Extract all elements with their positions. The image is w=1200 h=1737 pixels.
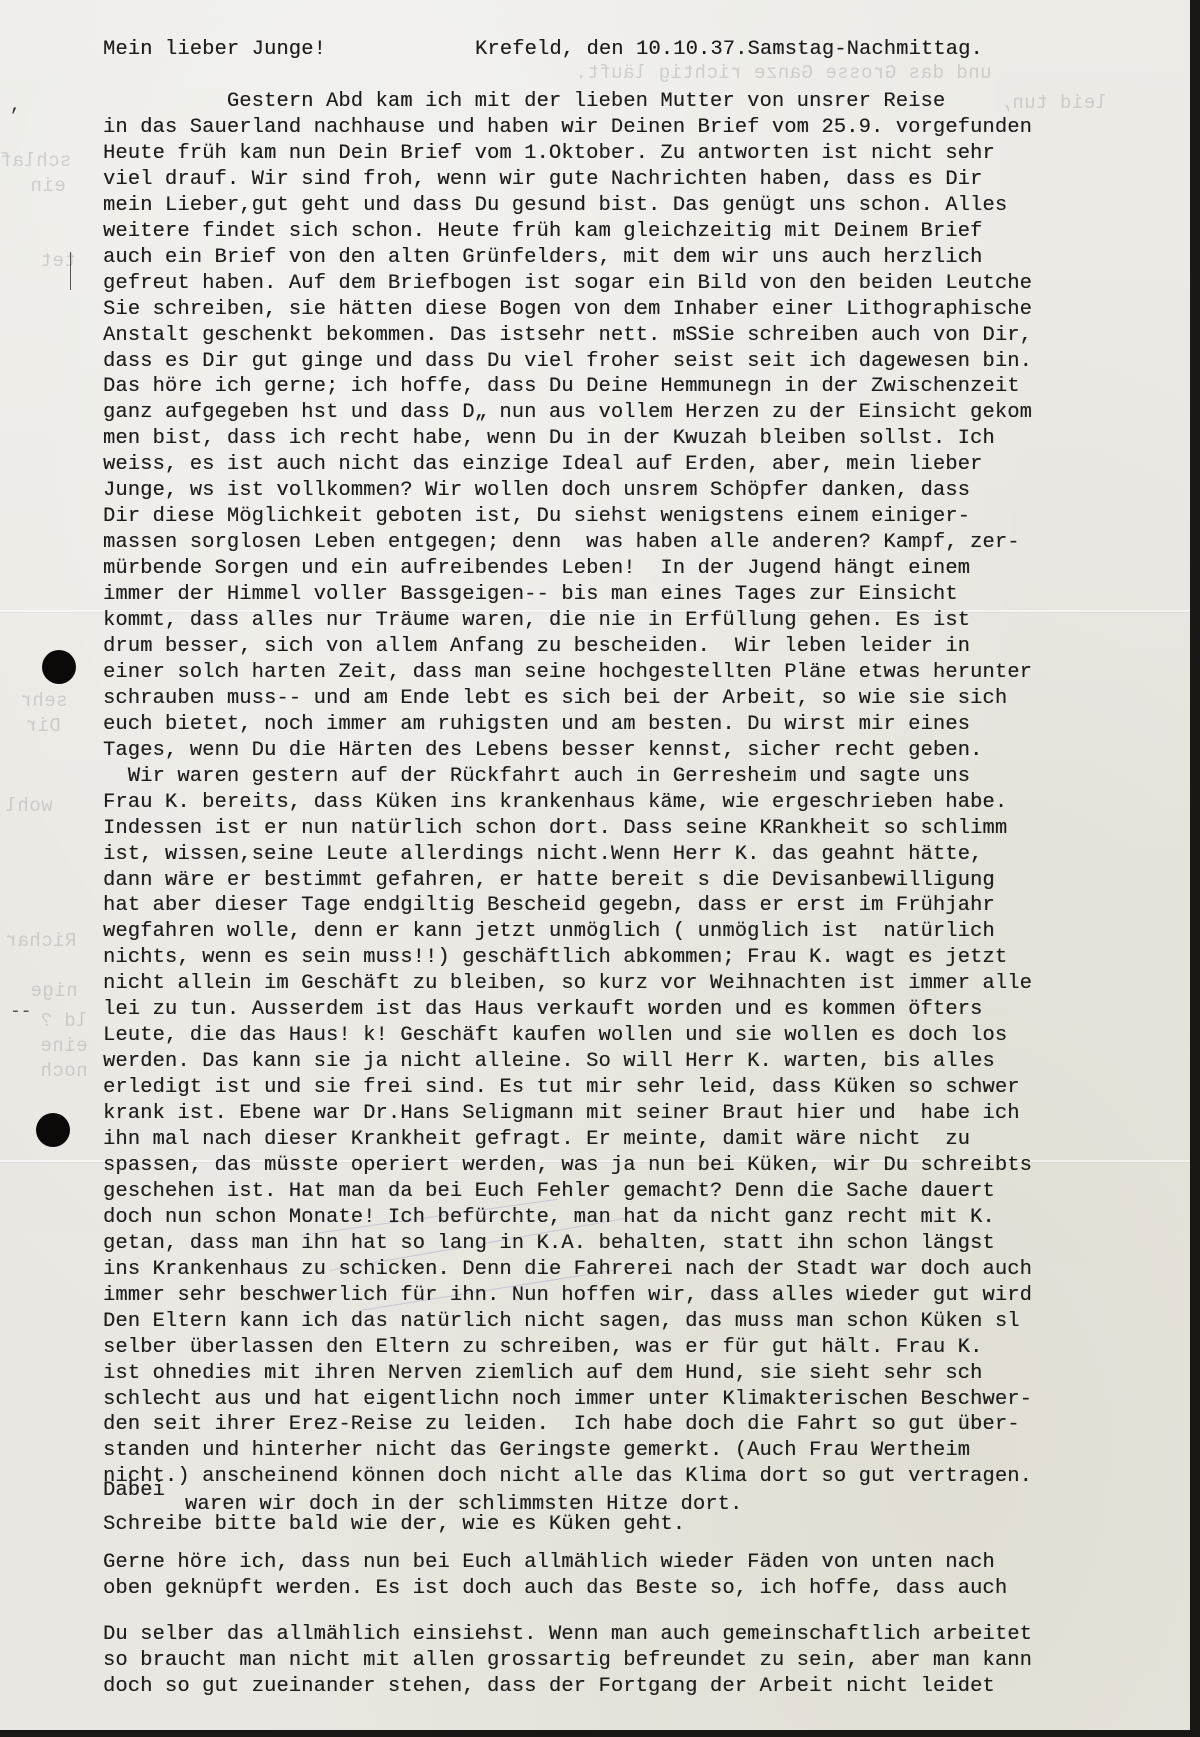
letter-line: krank ist. Ebene war Dr.Hans Seligmann m… xyxy=(103,1102,1020,1125)
letter-line: men bist, dass ich recht habe, wenn Du i… xyxy=(103,427,995,450)
letter-line: doch nun schon Monate! Ich befürchte, ma… xyxy=(103,1206,995,1229)
letter-line: mein Lieber,gut geht und dass Du gesund … xyxy=(103,194,1007,217)
letter-line: Sie schreiben, sie hätten diese Bogen vo… xyxy=(103,298,1032,321)
letter-line: Tages, wenn Du die Härten des Lebens bes… xyxy=(103,739,982,762)
punch-hole xyxy=(36,1113,70,1147)
letter-line: geschehen ist. Hat man da bei Euch Fehle… xyxy=(103,1180,995,1203)
letter-line: massen sorglosen Leben entgegen; denn wa… xyxy=(103,531,1020,554)
letter-line: drum besser, sich von allem Anfang zu be… xyxy=(103,635,970,658)
letter-line: schrauben muss-- und am Ende lebt es sic… xyxy=(103,687,1007,710)
postscript-line: doch so gut zueinander stehen, dass der … xyxy=(103,1675,995,1698)
letter-line: ganz aufgegeben hst und dass D„ nun aus … xyxy=(103,401,1032,424)
letter-line: Heute früh kam nun Dein Brief vom 1.Okto… xyxy=(103,142,995,165)
postscript-line: Gerne höre ich, dass nun bei Euch allmäh… xyxy=(103,1551,995,1574)
letter-line: Leute, die das Haus! k! Geschäft kaufen … xyxy=(103,1024,1007,1047)
letter-line: hat aber dieser Tage endgiltig Bescheid … xyxy=(103,894,995,917)
letter-line: ist ohnedies mit ihren Nerven ziemlich a… xyxy=(103,1362,982,1385)
place-date: Krefeld, den 10.10.37.Samstag-Nachmittag… xyxy=(475,38,983,61)
letter-line: getan, dass man ihn hat so lang in K.A. … xyxy=(103,1232,995,1255)
letter-line: selber überlassen den Eltern zu schreibe… xyxy=(103,1336,982,1359)
bleed-through-text: eine xyxy=(40,1035,88,1057)
bleed-through-text: nige xyxy=(30,980,78,1002)
letter-line: werden. Das kann sie ja nicht alleine. S… xyxy=(103,1050,995,1073)
letter-line: Indessen ist er nun natürlich schon dort… xyxy=(103,817,1007,840)
letter-line: ist, wissen,seine Leute allerdings nicht… xyxy=(103,843,982,866)
letter-line: in das Sauerland nachhause und haben wir… xyxy=(103,116,1032,139)
letter-line: nicht allein im Geschäft zu bleiben, so … xyxy=(103,972,1032,995)
letter-paper: und das Grosse Ganze richtig läuft. leid… xyxy=(0,0,1190,1730)
letter-line: einer solch harten Zeit, dass man seine … xyxy=(103,661,1032,684)
bleed-through-text: ld ? xyxy=(40,1010,88,1032)
letter-line: standen und hinterher nicht das Geringst… xyxy=(103,1439,970,1462)
letter-line: Dir diese Möglichkeit geboten ist, Du si… xyxy=(103,505,970,528)
letter-line: Junge, ws ist vollkommen? Wir wollen doc… xyxy=(103,479,970,502)
letter-line: nichts, wenn es sein muss!!) geschäftlic… xyxy=(103,946,1007,969)
bleed-through-text: und das Grosse Ganze richtig läuft. xyxy=(575,62,992,84)
letter-line: lei zu tun. Ausserdem ist das Haus verka… xyxy=(103,998,982,1021)
letter-line: nicht.) anscheinend können doch nicht al… xyxy=(103,1465,1032,1488)
bleed-through-text: noch xyxy=(40,1060,88,1082)
letter-line: Gestern Abd kam ich mit der lieben Mutte… xyxy=(103,90,945,113)
letter-line: erledigt ist und sie frei sind. Es tut m… xyxy=(103,1076,1020,1099)
letter-line: ihn mal nach dieser Krankheit gefragt. E… xyxy=(103,1128,970,1151)
letter-line: spassen, das müsste operiert werden, was… xyxy=(103,1154,1032,1177)
letter-line: schlecht aus und hat eigentlichn noch im… xyxy=(103,1388,1032,1411)
letter-line: dann wäre er bestimmt gefahren, er hatte… xyxy=(103,869,995,892)
postscript-line: oben geknüpft werden. Es ist doch auch d… xyxy=(103,1577,1007,1600)
letter-line: weiss, es ist auch nicht das einzige Ide… xyxy=(103,453,982,476)
letter-line: auch ein Brief von den alten Grünfelders… xyxy=(103,246,982,269)
letter-line: dass es Dir gut ginge und dass Du viel f… xyxy=(103,350,1032,373)
letter-line: Anstalt geschenkt bekommen. Das istsehr … xyxy=(103,324,1032,347)
margin-pencil-line xyxy=(70,252,71,290)
insertion-word: Dabei xyxy=(103,1479,165,1502)
letter-line: gefreut haben. Auf dem Briefbogen ist so… xyxy=(103,272,1032,295)
letter-line: Das höre ich gerne; ich hoffe, dass Du D… xyxy=(103,375,1020,398)
postscript-line: Du selber das allmählich einsiehst. Wenn… xyxy=(103,1623,1032,1646)
letter-line: Frau K. bereits, dass Küken ins krankenh… xyxy=(103,791,1007,814)
letter-line: euch bietet, noch immer am ruhigsten und… xyxy=(103,713,970,736)
bleed-through-text: leid tun, xyxy=(1000,92,1107,114)
salutation: Mein lieber Junge! xyxy=(103,38,326,61)
letter-line: viel drauf. Wir sind froh, wenn wir gute… xyxy=(103,168,982,191)
punch-hole xyxy=(42,650,76,684)
letter-line: ins Krankenhaus zu schicken. Denn die Fa… xyxy=(103,1258,1032,1281)
bleed-through-text: Dir xyxy=(25,715,61,737)
postscript-line: Schreibe bitte bald wie der, wie es Küke… xyxy=(103,1513,685,1536)
bleed-through-text: Richar xyxy=(5,930,76,952)
bleed-through-text: ein xyxy=(30,175,66,197)
margin-dash-mark: -- xyxy=(10,1002,32,1022)
bleed-through-text: schlaf xyxy=(0,150,71,172)
letter-line: kommt, dass alles nur Träume waren, die … xyxy=(103,609,970,632)
letter-line: Den Eltern kann ich das natürlich nicht … xyxy=(103,1310,1020,1333)
margin-comma-mark: , xyxy=(10,96,21,116)
letter-line: mürbende Sorgen und ein aufreibendes Leb… xyxy=(103,557,970,580)
bleed-through-text: wohl xyxy=(5,795,53,817)
letter-line: Wir waren gestern auf der Rückfahrt auch… xyxy=(103,765,970,788)
letter-line: immer sehr beschwerlich für ihn. Nun hof… xyxy=(103,1284,1032,1307)
letter-line: den seit ihrer Erez-Reise zu leiden. Ich… xyxy=(103,1413,1020,1436)
bleed-through-text: sehr xyxy=(20,690,68,712)
postscript-line: so braucht man nicht mit allen grossarti… xyxy=(103,1649,1032,1672)
letter-line: immer der Himmel voller Bassgeigen-- bis… xyxy=(103,583,958,606)
letter-line: weitere findet sich schon. Heute früh ka… xyxy=(103,220,982,243)
letter-line: wegfahren wolle, denn er kann jetzt unmö… xyxy=(103,920,995,943)
